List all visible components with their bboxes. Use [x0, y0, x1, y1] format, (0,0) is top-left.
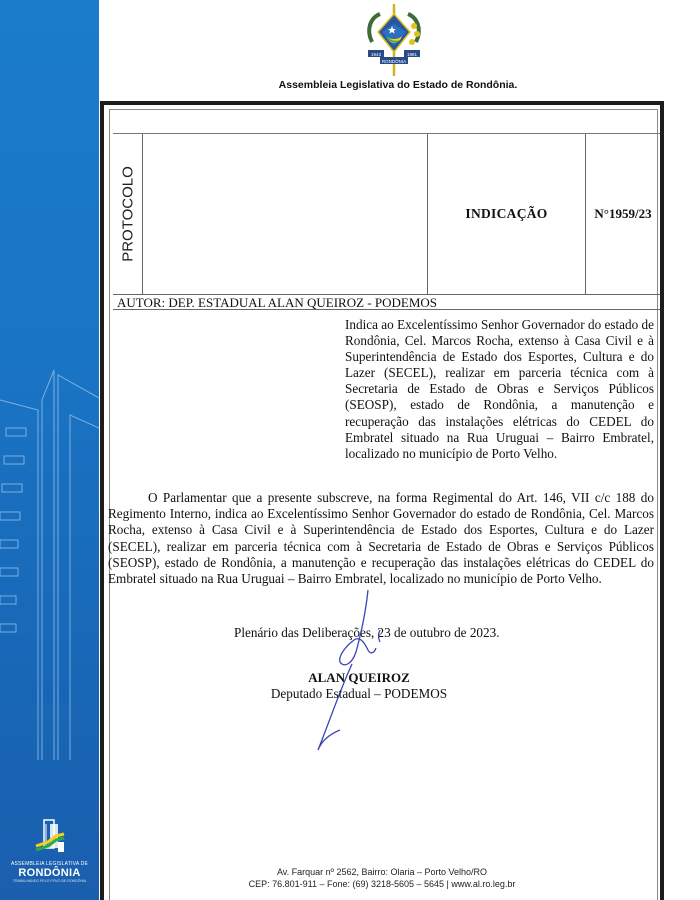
footer-address: Av. Farquar nº 2562, Bairro: Olaria – Po… — [100, 866, 664, 878]
svg-text:1943: 1943 — [371, 52, 382, 57]
ale-ro-logo: ASSEMBLEIA LEGISLATIVA DE RONDÔNIA TRABA… — [0, 816, 99, 884]
document-number: N°1959/23 — [586, 134, 660, 294]
justification-paragraph: O Parlamentar que a presente subscreve, … — [108, 490, 654, 587]
protocolo-cell: PROTOCOLO — [113, 134, 143, 294]
brand-sidebar: ASSEMBLEIA LEGISLATIVA DE RONDÔNIA TRABA… — [0, 0, 99, 900]
logo-sub-text: TRABALHANDO PELO POVO DE RONDÔNIA — [0, 879, 99, 884]
footer-contact: CEP: 76.801-911 – Fone: (69) 3218-5605 –… — [100, 878, 664, 890]
protocol-table-top-row — [113, 107, 660, 134]
signer-role: Deputado Estadual – PODEMOS — [18, 686, 700, 702]
logo-main-text: RONDÔNIA — [0, 867, 99, 879]
institution-title: Assembleia Legislativa do Estado de Rond… — [96, 79, 700, 91]
signer-name: ALAN QUEIROZ — [18, 670, 700, 686]
rondonia-coat-of-arms-icon: 1943 1981 RONDÔNIA — [362, 2, 426, 78]
ementa-paragraph: Indica ao Excelentíssimo Senhor Governad… — [345, 317, 654, 462]
protocol-stamp-area — [143, 134, 428, 294]
svg-text:RONDÔNIA: RONDÔNIA — [382, 58, 406, 64]
document-type: INDICAÇÃO — [428, 134, 586, 294]
protocolo-label: PROTOCOLO — [119, 166, 136, 262]
ale-ro-building-logo-icon — [30, 816, 70, 856]
author-line: AUTOR: DEP. ESTADUAL ALAN QUEIROZ - PODE… — [113, 294, 660, 310]
protocol-table: PROTOCOLO INDICAÇÃO N°1959/23 — [113, 107, 660, 310]
svg-text:1981: 1981 — [407, 52, 418, 57]
protocol-table-main-row: PROTOCOLO INDICAÇÃO N°1959/23 — [113, 134, 660, 294]
footer: Av. Farquar nº 2562, Bairro: Olaria – Po… — [100, 866, 664, 890]
